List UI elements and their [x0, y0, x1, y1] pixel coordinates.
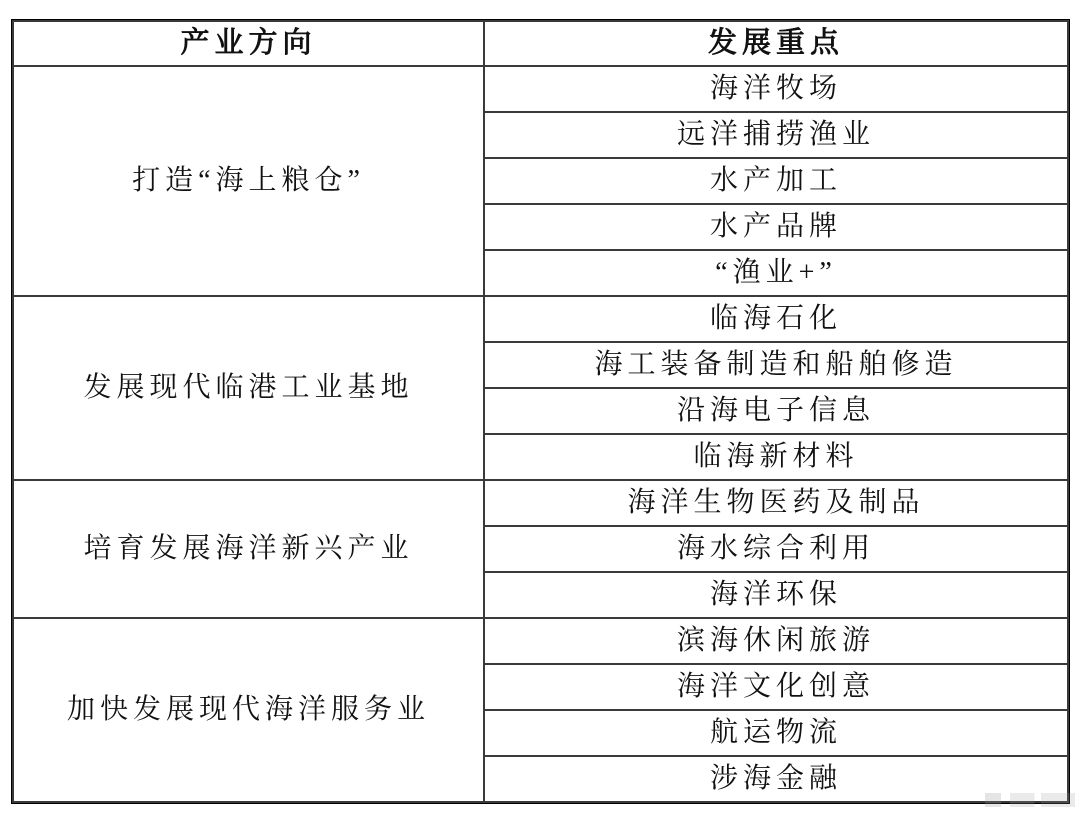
direction-cell-group-4: 加快发展现代海洋服务业	[13, 618, 484, 802]
focus-cell: 海洋环保	[484, 572, 1068, 618]
focus-cell: 远洋捕捞渔业	[484, 112, 1068, 158]
direction-cell-group-1: 打造“海上粮仓”	[13, 66, 484, 296]
focus-cell: 涉海金融	[484, 756, 1068, 802]
focus-cell: 沿海电子信息	[484, 388, 1068, 434]
focus-cell: 航运物流	[484, 710, 1068, 756]
focus-cell: 海洋文化创意	[484, 664, 1068, 710]
focus-cell: 临海石化	[484, 296, 1068, 342]
direction-cell-group-2: 发展现代临港工业基地	[13, 296, 484, 480]
focus-cell: “渔业+”	[484, 250, 1068, 296]
page: 产业方向 发展重点 打造“海上粮仓” 海洋牧场 远洋捕捞渔业 水产加工 水产品牌…	[0, 0, 1080, 816]
focus-cell: 海洋牧场	[484, 66, 1068, 112]
focus-cell: 海洋生物医药及制品	[484, 480, 1068, 526]
table-row: 加快发展现代海洋服务业 滨海休闲旅游	[13, 618, 1068, 664]
table-row: 培育发展海洋新兴产业 海洋生物医药及制品	[13, 480, 1068, 526]
column-header-development-focus: 发展重点	[484, 21, 1068, 66]
focus-cell: 滨海休闲旅游	[484, 618, 1068, 664]
focus-cell: 海水综合利用	[484, 526, 1068, 572]
direction-cell-group-3: 培育发展海洋新兴产业	[13, 480, 484, 618]
table-row: 打造“海上粮仓” 海洋牧场	[13, 66, 1068, 112]
focus-cell: 临海新材料	[484, 434, 1068, 480]
focus-cell: 水产品牌	[484, 204, 1068, 250]
header-row: 产业方向 发展重点	[13, 21, 1068, 66]
focus-cell: 海工装备制造和船舶修造	[484, 342, 1068, 388]
column-header-industry-direction: 产业方向	[13, 21, 484, 66]
focus-cell: 水产加工	[484, 158, 1068, 204]
table-row: 发展现代临港工业基地 临海石化	[13, 296, 1068, 342]
industry-development-table: 产业方向 发展重点 打造“海上粮仓” 海洋牧场 远洋捕捞渔业 水产加工 水产品牌…	[12, 20, 1069, 803]
